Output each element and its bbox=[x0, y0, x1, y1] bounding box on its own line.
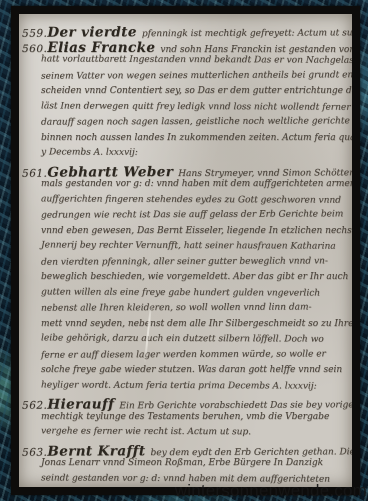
entry-heading-row: 559.Der vierdtepfenningk ist mechtigk ge… bbox=[19, 23, 352, 40]
entry-line: y Decembs A. lxxxvij: bbox=[19, 147, 352, 164]
black-frame: 559.Der vierdtepfenningk ist mechtigk ge… bbox=[11, 6, 360, 495]
entry: 559.Der vierdtepfenningk ist mechtigk ge… bbox=[19, 24, 352, 40]
entry-number: 562. bbox=[22, 400, 47, 412]
entry-heading-row: 563.Bernt Krafftbey dem eydt den Erb Ger… bbox=[19, 442, 352, 459]
entry-line: scheiden vnnd Contentiert sey, so Das er… bbox=[19, 86, 352, 102]
entry-line: nebenst alle Ihren kleideren, so woll wo… bbox=[19, 302, 352, 319]
entry-line: leibe gehörigk, darzu auch ein dutzett s… bbox=[19, 333, 352, 350]
entry-line: seinem Vatter von wegen seines mutterlic… bbox=[19, 70, 352, 87]
entry-heading: Gebhartt Weber bbox=[47, 164, 173, 181]
entry-heading-rest: Hans Strymeyer, vnnd Simon Schötter, sei… bbox=[178, 168, 352, 179]
entry-line: gedrungen wie recht ist Das sie auff gel… bbox=[19, 209, 352, 226]
entry-line: binnen noch aussen landes In zukommenden… bbox=[19, 133, 352, 149]
entry-heading: Bernt Krafft bbox=[47, 443, 145, 459]
entry-line: ferne er auff diesem lager werden kommen… bbox=[19, 349, 352, 366]
entry-heading-row: 561.Gebhartt WeberHans Strymeyer, vnnd S… bbox=[19, 163, 352, 180]
entry-heading: Der vierdte bbox=[47, 24, 137, 40]
entry-heading-rest: pfenningk ist mechtigk gefreyett: Actum … bbox=[142, 28, 352, 39]
manuscript-paper: 559.Der vierdtepfenningk ist mechtigk ge… bbox=[19, 14, 352, 487]
entry-line: mett vnnd seyden, nebenst dem alle Ihr S… bbox=[19, 319, 352, 335]
entry-heading-row: 562.HierauffEin Erb Gerichte vorabschied… bbox=[19, 395, 352, 412]
entries-list: 559.Der vierdtepfenningk ist mechtigk ge… bbox=[19, 24, 352, 487]
entry-line: Jonas Lenarr vnnd Simeon Roßman, Erbe Bü… bbox=[19, 458, 352, 474]
entry: 561.Gebhartt WeberHans Strymeyer, vnnd S… bbox=[19, 164, 352, 397]
entry-line: darauff sagen noch sagen lassen, geistli… bbox=[19, 116, 352, 133]
entry-line: läst Inen derwegen quitt frey ledigk vnn… bbox=[19, 101, 352, 118]
entry: 562.HierauffEin Erb Gerichte vorabschied… bbox=[19, 396, 352, 443]
watermark: wintersonnenwende.com bbox=[175, 481, 367, 501]
entry-line: den vierdten pfenningk, aller seiner gut… bbox=[19, 256, 352, 273]
entry-line: auffgerichten fingeren stehendes eydes z… bbox=[19, 194, 352, 211]
entry-heading: Hierauff bbox=[47, 396, 114, 412]
entry-line: Jennerij bey rechter Vernunfft, hatt sei… bbox=[19, 240, 352, 257]
entry: 560.Elias Franckevnd sohn Hans Franckin … bbox=[19, 40, 352, 164]
entry-line: gutten willen als eine freye gabe hunder… bbox=[19, 287, 352, 304]
entry-line: vnnd eben gewesen, Das Bernt Eisseler, l… bbox=[19, 226, 352, 242]
entry-line: mechtigk teylunge des Testaments beruhen… bbox=[19, 412, 352, 428]
entry-heading-rest: vnd sohn Hans Franckin ist gestanden vor… bbox=[160, 45, 352, 55]
entry-line: solche freye gabe wieder stutzen. Was da… bbox=[19, 365, 352, 381]
manuscript-photo: 559.Der vierdtepfenningk ist mechtigk ge… bbox=[0, 0, 368, 501]
entry-line: hatt vorlauttbarett Ingestanden vnnd bek… bbox=[19, 54, 352, 71]
entry-number: 559. bbox=[22, 28, 47, 40]
entry-number: 563. bbox=[22, 446, 47, 458]
entry-line: vergehe es ferner wie recht ist. Actum u… bbox=[19, 426, 352, 443]
entry-heading: Elias Francke bbox=[47, 40, 155, 56]
entry-heading-rest: Ein Erb Gerichte vorabschiedett Das sie … bbox=[119, 400, 352, 411]
entry-line: mals gestanden vor g: d: vnnd haben mit … bbox=[19, 179, 352, 195]
entry-line: beweglich beschieden, wie vorgemeldett. … bbox=[19, 272, 352, 288]
entry-number: 560. bbox=[22, 43, 47, 55]
entry-line: heyliger wordt. Actum feria tertia prima… bbox=[19, 380, 352, 397]
entry-heading-row: 560.Elias Franckevnd sohn Hans Franckin … bbox=[19, 40, 352, 56]
entry-number: 561. bbox=[22, 167, 47, 179]
entry-heading-rest: bey dem eydt den Erb Gerichten gethan. D… bbox=[150, 447, 352, 458]
